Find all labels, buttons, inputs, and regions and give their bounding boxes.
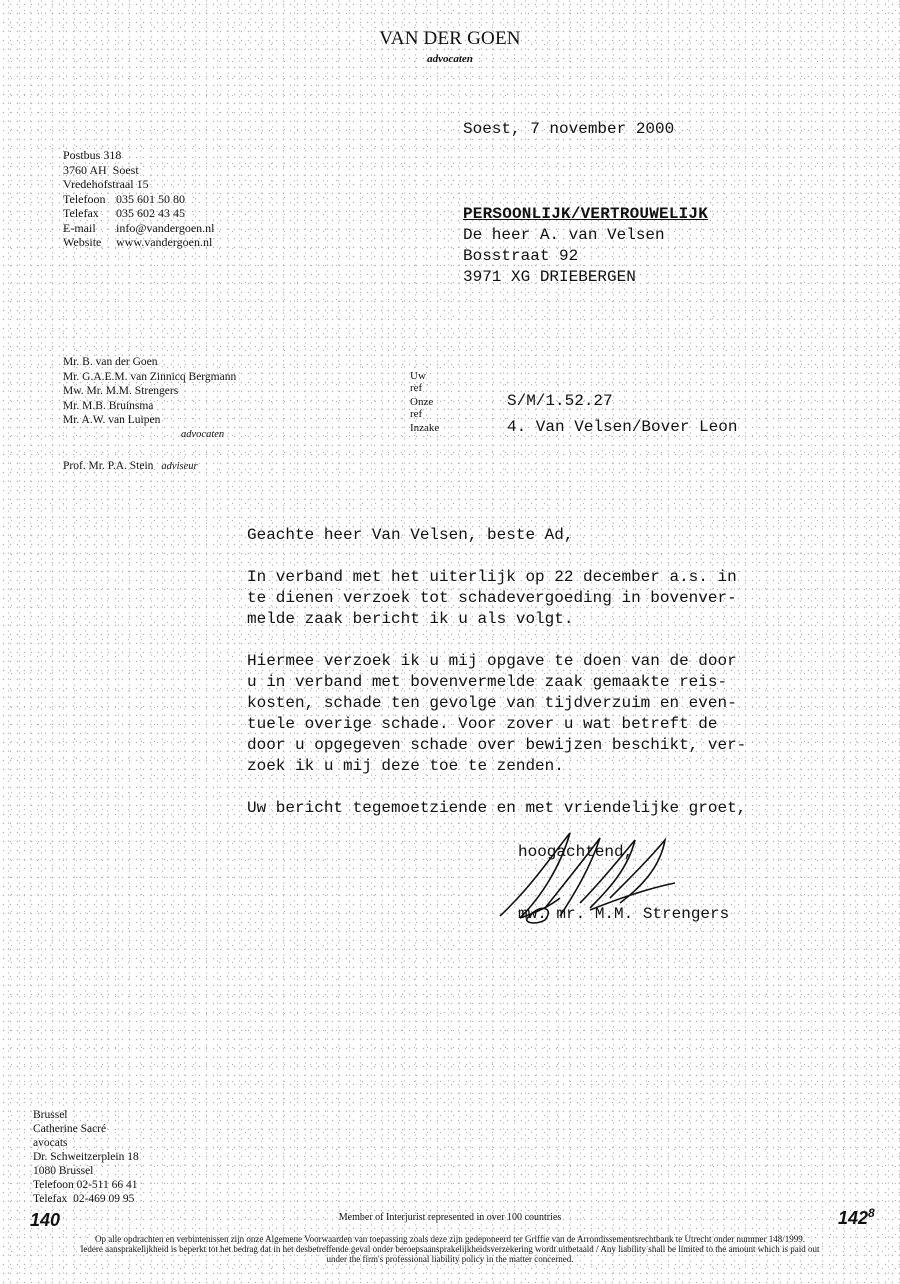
firm-name: VAN DER GOEN [0, 28, 900, 50]
disclaimer-line: Op alle opdrachten en verbintenissen zij… [8, 1234, 892, 1244]
branch-fax: Telefax 02-469 09 95 [33, 1192, 139, 1206]
date-line: Soest, 7 november 2000 [463, 120, 674, 138]
ref-label: Uw ref [410, 370, 426, 394]
contact-line: 3760 AH Soest [63, 163, 214, 178]
firm-subtitle: advocaten [0, 53, 900, 65]
partner-name: Mr. B. van der Goen [63, 355, 236, 370]
advisor: Prof. Mr. P.A. Steinadviseur [63, 460, 198, 472]
partners-role: advocaten [63, 428, 236, 443]
branch-line: Brussel [33, 1108, 139, 1122]
partner-name: Mr. M.B. Bruinsma [63, 399, 236, 414]
partner-name: Mr. G.A.E.M. van Zinnicq Bergmann [63, 370, 236, 385]
branch-line: Catherine Sacré [33, 1122, 139, 1136]
contact-fax: Telefax035 602 43 45 [63, 206, 214, 221]
branch-office-block: Brussel Catherine Sacré avocats Dr. Schw… [33, 1108, 139, 1206]
partner-name: Mr. A.W. van Luipen [63, 413, 236, 428]
ref-label: Onze ref [410, 396, 433, 420]
disclaimer-line: under the firm's professional liability … [8, 1254, 892, 1264]
contact-line: Postbus 318 [63, 148, 214, 163]
addressee-name: De heer A. van Velsen [463, 225, 665, 246]
body-paragraph: In verband met het uiterlijk op 22 decem… [247, 567, 837, 630]
branch-line: avocats [33, 1136, 139, 1150]
ref-label: Inzake [410, 422, 439, 434]
letter-body: Geachte heer Van Velsen, beste Ad, In ve… [247, 525, 837, 840]
contact-email: E-mailinfo@vandergoen.nl [63, 221, 214, 236]
signer-name: mw. mr. M.M. Strengers [518, 905, 729, 923]
partners-list: Mr. B. van der Goen Mr. G.A.E.M. van Zin… [63, 355, 236, 442]
addressee-block: De heer A. van Velsen Bosstraat 92 3971 … [463, 225, 665, 288]
contact-phone: Telefoon035 601 50 80 [63, 192, 214, 207]
body-paragraph: Hiermee verzoek ik u mij opgave te doen … [247, 651, 837, 777]
contact-line: Vredehofstraal 15 [63, 177, 214, 192]
body-paragraph: Uw bericht tegemoetziende en met vriende… [247, 798, 837, 819]
contact-block: Postbus 318 3760 AH Soest Vredehofstraal… [63, 148, 214, 250]
confidential-marking: PERSOONLIJK/VERTROUWELIJK [463, 205, 708, 223]
branch-line: 1080 Brussel [33, 1164, 139, 1178]
member-note: Member of Interjurist represented in ove… [0, 1212, 900, 1223]
disclaimer: Op alle opdrachten en verbintenissen zij… [8, 1234, 892, 1264]
partner-name: Mw. Mr. M.M. Strengers [63, 384, 236, 399]
branch-line: Dr. Schweitzerplein 18 [33, 1150, 139, 1164]
contact-website: Websitewww.vandergoen.nl [63, 235, 214, 250]
advisor-name: Prof. Mr. P.A. Stein [63, 460, 153, 472]
salutation: Geachte heer Van Velsen, beste Ad, [247, 525, 837, 546]
ref-value: 4. Van Velsen/Bover Leon [507, 418, 737, 436]
ref-value: S/M/1.52.27 [507, 392, 613, 410]
branch-phone: Telefoon 02-511 66 41 [33, 1178, 139, 1192]
disclaimer-line: Iedere aansprakelijkheid is beperkt tot … [8, 1244, 892, 1254]
addressee-city: 3971 XG DRIEBERGEN [463, 267, 665, 288]
addressee-street: Bosstraat 92 [463, 246, 665, 267]
advisor-role: adviseur [161, 461, 197, 472]
